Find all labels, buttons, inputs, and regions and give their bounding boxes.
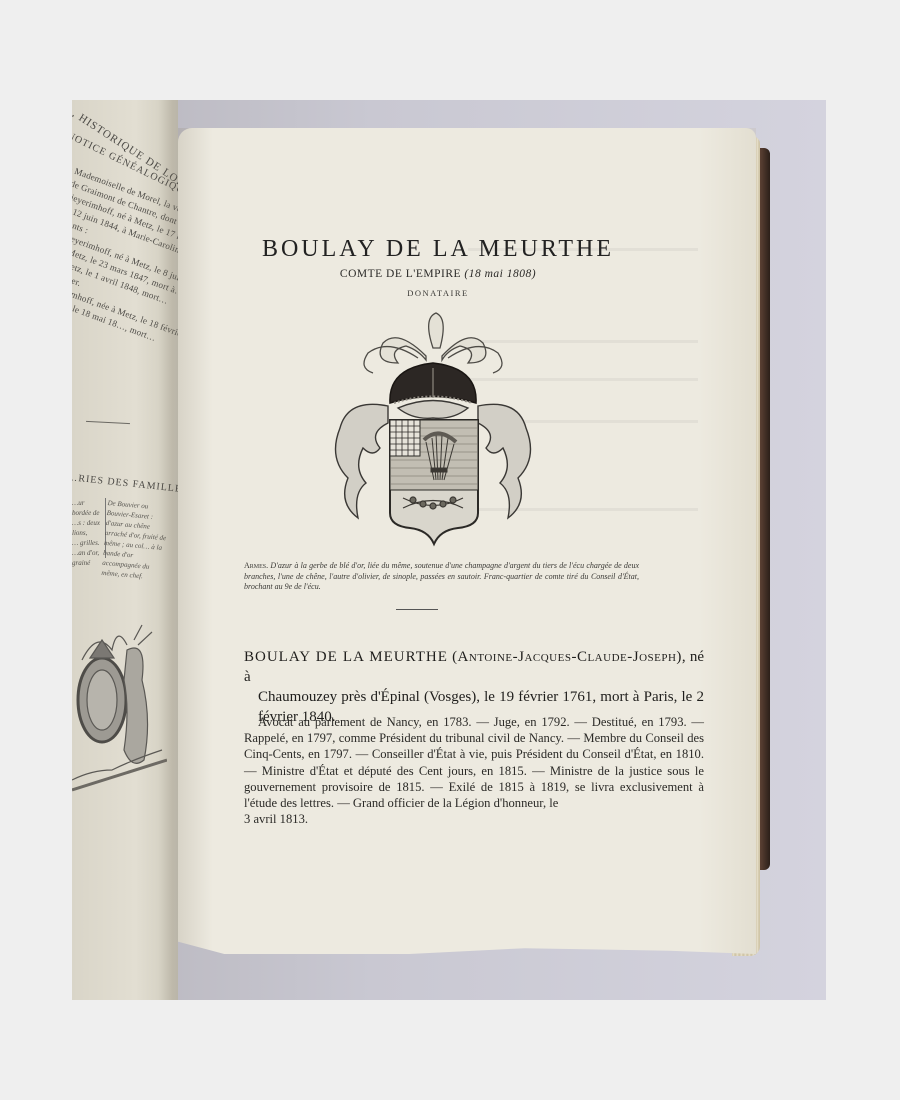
donataire-label: DONATAIRE bbox=[178, 288, 698, 298]
blazon-text: D'azur à la gerbe de blé d'or, liée du m… bbox=[244, 561, 639, 591]
page-title: BOULAY DE LA MEURTHE bbox=[178, 236, 698, 263]
biography-text: Avocat au parlement de Nancy, en 1783. —… bbox=[244, 715, 704, 810]
book-photograph: …, HISTORIQUE DE LORRAINE NOTICE GÉNÉALO… bbox=[72, 100, 826, 1000]
royal-arms-engraving-icon bbox=[72, 620, 167, 820]
page-subtitle: COMTE DE L'EMPIRE (18 mai 1808) bbox=[178, 268, 698, 280]
allied-families-columns: …ur bordée de …s : deux lions, … grilles… bbox=[72, 498, 172, 568]
show-through-text bbox=[468, 420, 698, 423]
show-through-text bbox=[468, 508, 698, 511]
left-page-divider bbox=[86, 421, 130, 424]
show-through-text bbox=[468, 378, 698, 381]
left-page: …, HISTORIQUE DE LORRAINE NOTICE GÉNÉALO… bbox=[72, 100, 178, 1000]
entry-birth-death: Chaumouzey près d'Épinal (Vosges), le 19… bbox=[244, 687, 704, 727]
subtitle-date: (18 mai 1808) bbox=[464, 268, 536, 280]
blazon-label: Armes. bbox=[244, 561, 268, 570]
entry-given-names: (Antoine-Jacques-Claude-Joseph) bbox=[452, 649, 682, 665]
show-through-text bbox=[468, 248, 698, 251]
subtitle-rank: COMTE DE L'EMPIRE bbox=[340, 268, 461, 280]
col-line: …s : deux lions, bbox=[72, 518, 102, 538]
entry-heading: BOULAY DE LA MEURTHE (Antoine-Jacques-Cl… bbox=[244, 647, 704, 727]
col-line: … grilles. bbox=[72, 538, 102, 548]
show-through-text bbox=[468, 340, 698, 343]
biography-tail: 3 avril 1813. bbox=[244, 811, 704, 827]
entry-birth-prefix: , né à bbox=[244, 649, 704, 685]
col-line: …ur bordée de bbox=[72, 498, 102, 518]
allied-col-left: …ur bordée de …s : deux lions, … grilles… bbox=[72, 498, 102, 568]
entry-name: BOULAY DE LA MEURTHE bbox=[244, 649, 448, 665]
coat-of-arms-engraving-icon bbox=[328, 308, 538, 548]
blazon-caption: Armes. D'azur à la gerbe de blé d'or, li… bbox=[244, 561, 639, 593]
section-divider bbox=[396, 609, 438, 610]
gutter-shadow bbox=[158, 100, 178, 1000]
col-line: …an d'or, grainé bbox=[72, 548, 102, 568]
entry-biography: Avocat au parlement de Nancy, en 1783. —… bbox=[244, 714, 704, 827]
right-page: BOULAY DE LA MEURTHE COMTE DE L'EMPIRE (… bbox=[178, 128, 756, 954]
